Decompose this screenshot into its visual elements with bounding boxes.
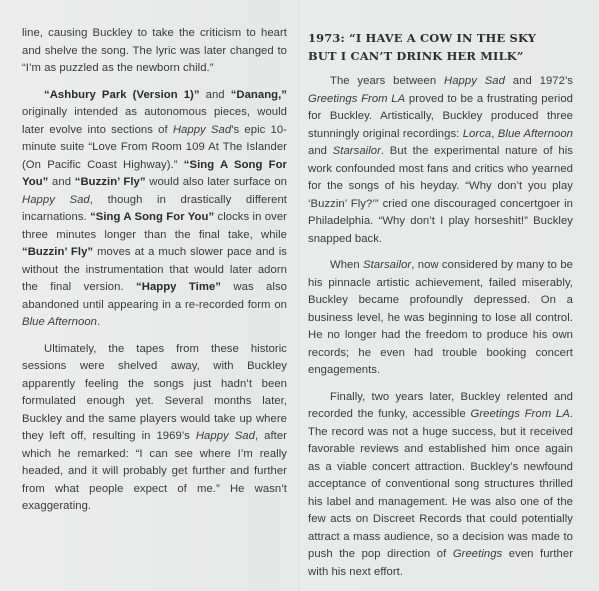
song-title: “Happy Time” <box>136 281 221 293</box>
paragraph: line, causing Buckley to take the critic… <box>22 25 287 78</box>
page-fold <box>297 0 300 591</box>
album-title: Lorca <box>463 128 492 140</box>
body-text: . But the experimental nature of his wor… <box>308 145 573 245</box>
heading-line-1: 1973: “I HAVE A COW IN THE SKY <box>308 30 573 48</box>
song-title: “Buzzin’ Fly” <box>22 246 93 258</box>
paragraph: Finally, two years later, Buckley relent… <box>308 389 573 582</box>
body-text: When <box>330 259 363 271</box>
body-text: line, causing Buckley to take the critic… <box>22 27 287 74</box>
body-text: and <box>200 89 231 101</box>
album-title: Blue Afternoon <box>498 128 573 140</box>
album-title: Starsailor <box>363 259 411 271</box>
album-title: Starsailor <box>333 145 381 157</box>
right-column: 1973: “I HAVE A COW IN THE SKY BUT I CAN… <box>308 30 573 590</box>
album-title: Greetings From LA <box>308 93 405 105</box>
left-column: line, causing Buckley to take the critic… <box>22 25 287 525</box>
album-title: Happy Sad <box>22 194 90 206</box>
album-title: Greetings From LA <box>470 408 569 420</box>
body-text: and 1972’s <box>505 75 573 87</box>
paragraph: “Ashbury Park (Version 1)” and “Danang,”… <box>22 87 287 332</box>
body-text: , after which he remarked: “I can see wh… <box>22 430 287 512</box>
song-title: “Ashbury Park (Version 1)” <box>44 89 200 101</box>
body-text: The years between <box>330 75 444 87</box>
song-title: “Buzzin’ Fly” <box>75 176 146 188</box>
body-text: , now considered by many to be his pinna… <box>308 259 573 376</box>
album-title: Greetings <box>453 548 502 560</box>
body-text: Ultimately, the tapes from these histori… <box>22 343 287 443</box>
body-text: would also later surface on <box>146 176 287 188</box>
song-title: “Sing A Song For You” <box>90 211 214 223</box>
paragraph: The years between Happy Sad and 1972’s G… <box>308 73 573 248</box>
body-text: and <box>48 176 74 188</box>
body-text: . <box>97 316 100 328</box>
body-text: . The record was not a huge success, but… <box>308 408 573 560</box>
album-title: Happy Sad <box>173 124 231 136</box>
album-title: Blue Afternoon <box>22 316 97 328</box>
album-title: Happy Sad <box>196 430 255 442</box>
album-title: Happy Sad <box>444 75 505 87</box>
paragraph: When Starsailor, now considered by many … <box>308 257 573 380</box>
heading-line-2: BUT I CAN’T DRINK HER MILK” <box>308 48 573 66</box>
section-heading: 1973: “I HAVE A COW IN THE SKY BUT I CAN… <box>308 30 573 65</box>
paragraph: Ultimately, the tapes from these histori… <box>22 341 287 516</box>
body-text: and <box>308 145 333 157</box>
song-title: “Danang,” <box>231 89 287 101</box>
